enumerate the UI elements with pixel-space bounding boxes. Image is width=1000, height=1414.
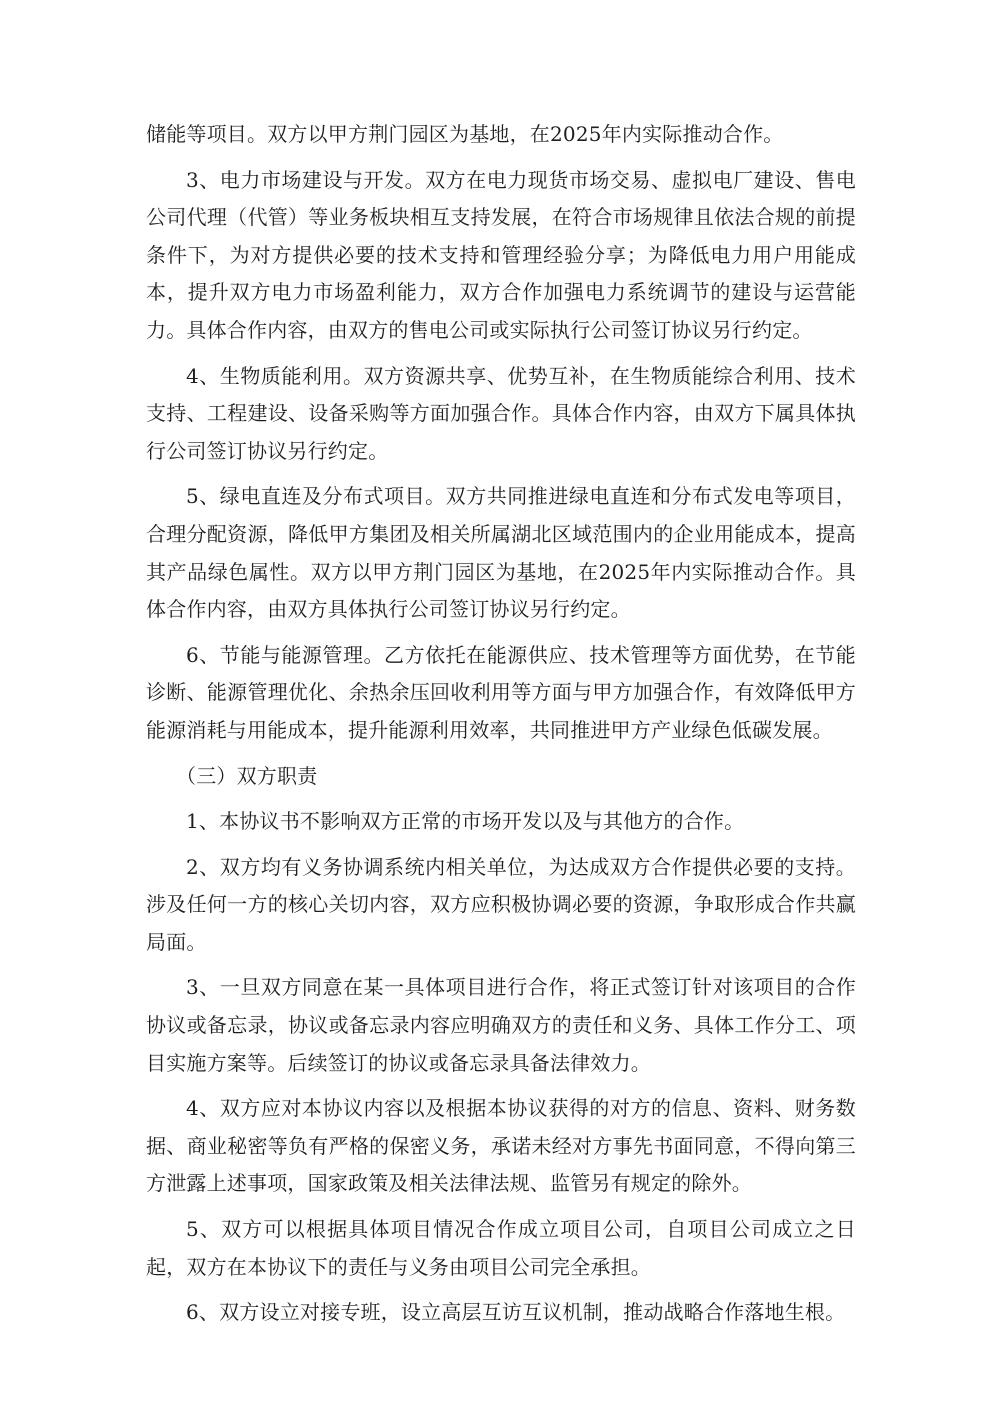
section-heading-responsibilities: （三）双方职责	[146, 758, 856, 796]
paragraph-duty-4: 4、双方应对本协议内容以及根据本协议获得的对方的信息、资料、财务数据、商业秘密等…	[146, 1090, 856, 1203]
paragraph-duty-3: 3、一旦双方同意在某一具体项目进行合作，将正式签订针对该项目的合作协议或备忘录，…	[146, 969, 856, 1082]
paragraph-cooperation-5-green-power: 5、绿电直连及分布式项目。双方共同推进绿电直连和分布式发电等项目，合理分配资源，…	[146, 478, 856, 628]
paragraph-duty-2: 2、双方均有义务协调系统内相关单位，为达成双方合作提供必要的支持。涉及任何一方的…	[146, 849, 856, 962]
paragraph-cooperation-4-biomass: 4、生物质能利用。双方资源共享、优势互补，在生物质能综合利用、技术支持、工程建设…	[146, 358, 856, 471]
paragraph-continuation: 储能等项目。双方以甲方荆门园区为基地，在2025年内实际推动合作。	[146, 116, 856, 154]
paragraph-cooperation-6-energy-management: 6、节能与能源管理。乙方依托在能源供应、技术管理等方面优势，在节能诊断、能源管理…	[146, 637, 856, 750]
paragraph-duty-6: 6、双方设立对接专班，设立高层互访互议机制，推动战略合作落地生根。	[146, 1294, 856, 1332]
paragraph-duty-1: 1、本协议书不影响双方正常的市场开发以及与其他方的合作。	[146, 803, 856, 841]
paragraph-duty-5: 5、双方可以根据具体项目情况合作成立项目公司，自项目公司成立之日起，双方在本协议…	[146, 1211, 856, 1286]
document-page: 储能等项目。双方以甲方荆门园区为基地，在2025年内实际推动合作。 3、电力市场…	[146, 116, 856, 1340]
paragraph-cooperation-3-power-market: 3、电力市场建设与开发。双方在电力现货市场交易、虚拟电厂建设、售电公司代理（代管…	[146, 162, 856, 350]
